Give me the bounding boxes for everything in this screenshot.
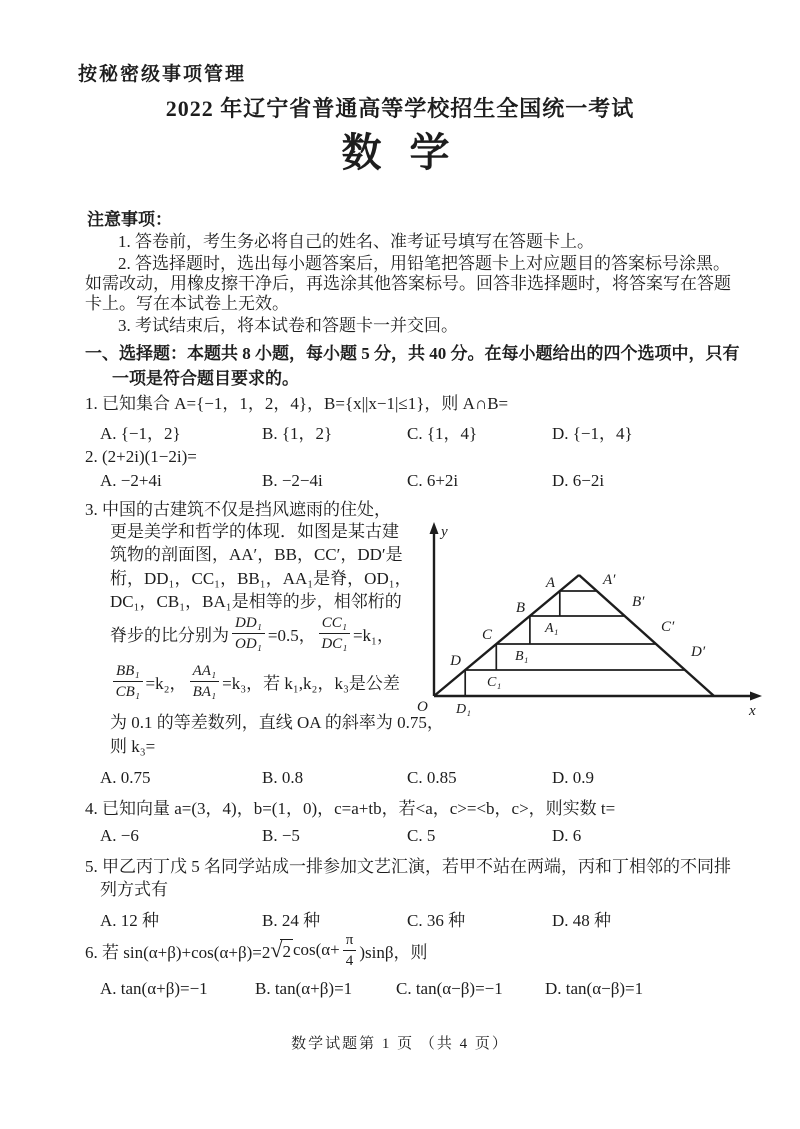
q5-option-d: D. 48 种 <box>552 906 611 931</box>
question-5-options: A. 12 种 B. 24 种 C. 36 种 D. 48 种 <box>0 906 800 928</box>
notice-title: 注意事项： <box>87 209 172 231</box>
q3-fraction-dd1-od1: DD₁ OD₁ <box>232 614 265 653</box>
q1-option-d: D. {−1，4} <box>552 419 633 444</box>
question-3-line-2: 更是美学和哲学的体现．如图是某古建 <box>110 521 399 543</box>
figure-label-y: y <box>439 524 448 540</box>
q4-option-c: C. 5 <box>407 826 435 846</box>
question-1-options: A. {−1，2} B. {1，2} C. {1，4} D. {−1，4} <box>0 419 800 441</box>
q6-option-a: A. tan(α+β)=−1 <box>100 979 208 999</box>
subject-title: 数 学 <box>0 142 800 164</box>
q3-fraction-bb1-cb1: BB₁ CB₁ <box>113 662 143 701</box>
question-3-line-3: 筑物的剖面图，AA′，BB，CC′，DD′是 <box>110 544 403 566</box>
figure-label-O: O <box>417 699 428 715</box>
question-5-line-1: 5. 甲乙丙丁戊 5 名同学站成一排参加文艺汇演，若甲不站在两端，丙和丁相邻的不… <box>85 856 731 878</box>
figure-label-D: D <box>449 653 461 669</box>
question-1-stem: 1. 已知集合 A={−1，1，2，4}，B={x||x−1|≤1}，则 A∩B… <box>85 393 508 415</box>
figure-label-C1: C₁ <box>487 675 501 690</box>
question-6-options: A. tan(α+β)=−1 B. tan(α+β)=1 C. tan(α−β)… <box>0 979 800 1001</box>
question-5-line-2: 列方式有 <box>100 879 168 901</box>
notice-item-2-line-1: 2. 答选择题时，选出每小题答案后，用铅笔把答题卡上对应题目的答案标号涂黑。 <box>118 253 730 275</box>
section-heading-line-2: 一项是符合题目要求的。 <box>112 368 299 390</box>
section-heading-line-1: 一、选择题：本题共 8 小题，每小题 5 分，共 40 分。在每小题给出的四个选… <box>85 343 740 365</box>
q2-option-c: C. 6+2i <box>407 471 458 491</box>
figure-label-B1: B₁ <box>515 649 528 664</box>
roof-cross-section-figure: y x O A A′ B B′ A₁ C C′ B₁ D D′ C₁ D₁ <box>412 518 772 718</box>
q6-option-b: B. tan(α+β)=1 <box>255 979 352 999</box>
q6-fraction-pi-4: π 4 <box>343 931 357 970</box>
question-3-line-1: 3. 中国的古建筑不仅是挡风遮雨的住处， <box>85 499 391 521</box>
question-2-stem: 2. (2+2i)(1−2i)= <box>85 446 197 468</box>
question-4-stem: 4. 已知向量 a=(3，4)，b=(1，0)，c=a+tb，若<a，c>=<b… <box>85 798 615 820</box>
q6-option-c: C. tan(α−β)=−1 <box>396 979 503 999</box>
notice-item-3: 3. 考试结束后，将本试卷和答题卡一并交回。 <box>118 315 458 337</box>
y-axis-arrow <box>430 522 439 534</box>
question-3-line-6: 脊步的比分别为 DD₁ OD₁ =0.5， CC₁ DC₁ =k₁， <box>110 612 394 654</box>
figure-label-D-prime: D′ <box>690 644 706 660</box>
right-slope <box>579 575 714 696</box>
q2-option-a: A. −2+4i <box>100 471 162 491</box>
question-6-stem: 6. 若 sin(α+β)+cos(α+β)=2 √ 2 cos(α+ π 4 … <box>85 928 428 972</box>
figure-label-D1: D₁ <box>455 702 471 717</box>
figure-label-B: B <box>516 600 525 616</box>
q4-option-d: D. 6 <box>552 826 581 846</box>
q1-option-c: C. {1，4} <box>407 419 477 444</box>
notice-item-2-line-2: 如需改动，用橡皮擦干净后，再选涂其他答案标号。回答非选择题时，将答案写在答题 <box>85 273 731 295</box>
q3-fraction-aa1-ba1: AA₁ BA₁ <box>190 662 220 701</box>
q3-fraction-cc1-dc1: CC₁ DC₁ <box>319 614 350 653</box>
x-axis-arrow <box>750 692 762 701</box>
q3-line6-end: =k₁， <box>353 621 394 646</box>
q3-option-d: D. 0.9 <box>552 768 594 788</box>
question-3-line-4: 桁，DD₁，CC₁，BB₁，AA₁是脊，OD₁， <box>110 568 412 590</box>
q3-option-a: A. 0.75 <box>100 768 151 788</box>
q3-line6-text: 脊步的比分别为 <box>110 621 229 646</box>
q3-line7-mid: =k₂， <box>146 669 187 694</box>
q3-option-b: B. 0.8 <box>262 768 303 788</box>
question-3-line-5: DC₁，CB₁，BA₁是相等的步，相邻桁的 <box>110 591 402 613</box>
question-3-options: A. 0.75 B. 0.8 C. 0.85 D. 0.9 <box>0 768 800 790</box>
question-3-line-7: BB₁ CB₁ =k₂， AA₁ BA₁ =k₃，若 k₁,k₂，k₃是公差 <box>110 660 400 702</box>
figure-label-B-prime: B′ <box>632 594 645 610</box>
q3-line6-mid: =0.5， <box>268 621 316 646</box>
q4-option-a: A. −6 <box>100 826 139 846</box>
classification-note: 按秘密级事项管理 <box>78 64 246 86</box>
q6-option-d: D. tan(α−β)=1 <box>545 979 643 999</box>
exam-title: 2022 年辽宁省普通高等学校招生全国统一考试 <box>0 98 800 120</box>
q3-option-c: C. 0.85 <box>407 768 457 788</box>
question-2-options: A. −2+4i B. −2−4i C. 6+2i D. 6−2i <box>0 471 800 493</box>
q6-stem-mid: cos(α+ <box>293 940 340 960</box>
question-4-options: A. −6 B. −5 C. 5 D. 6 <box>0 826 800 848</box>
figure-label-x: x <box>748 703 756 718</box>
q6-stem-pre: 6. 若 sin(α+β)+cos(α+β)=2 <box>85 938 270 963</box>
notice-item-2-line-3: 卡上。写在本试卷上无效。 <box>85 293 289 315</box>
question-3-line-8: 为 0.1 的等差数列，直线 OA 的斜率为 0.75， <box>110 712 444 734</box>
figure-label-C: C <box>482 627 493 643</box>
question-3-line-9: 则 k₃= <box>110 736 155 758</box>
q4-option-b: B. −5 <box>262 826 300 846</box>
q6-stem-post: )sinβ，则 <box>359 938 427 963</box>
figure-label-A: A <box>545 575 556 591</box>
q3-line7-end: =k₃，若 k₁,k₂，k₃是公差 <box>222 669 400 694</box>
figure-label-A1: A₁ <box>544 621 558 636</box>
exam-paper-page: { "page": { "ink_color": "#1d1d1d", "bac… <box>0 0 800 1129</box>
q2-option-b: B. −2−4i <box>262 471 323 491</box>
notice-item-1: 1. 答卷前，考生务必将自己的姓名、准考证号填写在答题卡上。 <box>118 231 594 253</box>
q1-option-a: A. {−1，2} <box>100 419 181 444</box>
q6-radical: √ 2 <box>270 939 293 962</box>
figure-label-C-prime: C′ <box>661 619 675 635</box>
q1-option-b: B. {1，2} <box>262 419 332 444</box>
page-footer: 数学试题第 1 页 （共 4 页） <box>0 1033 800 1055</box>
figure-label-A-prime: A′ <box>602 572 616 588</box>
q2-option-d: D. 6−2i <box>552 471 604 491</box>
